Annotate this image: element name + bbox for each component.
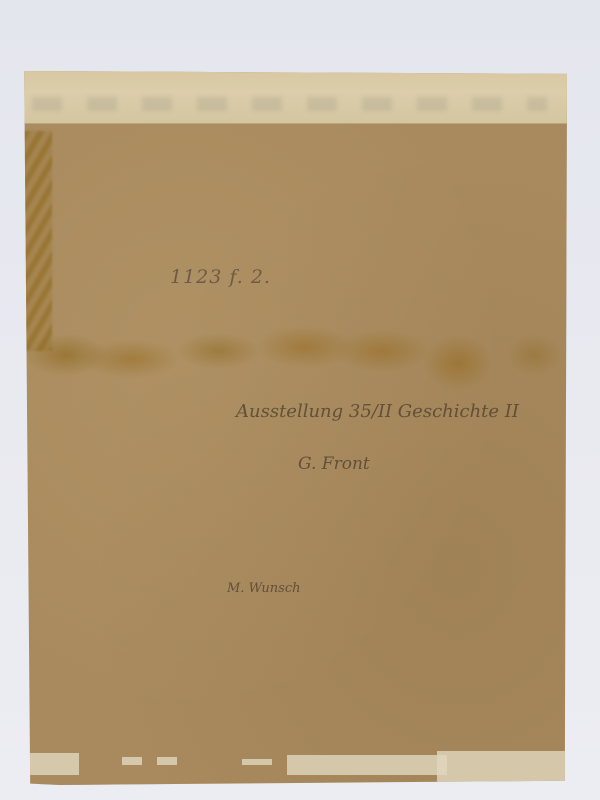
inscription-line-2: G. Front bbox=[298, 454, 370, 474]
inventory-number: 1123 f. 2. bbox=[170, 266, 271, 288]
cardboard-sheet: 1123 f. 2. Ausstellung 35/II Geschichte … bbox=[22, 71, 567, 785]
bottom-tape-remnants bbox=[22, 749, 567, 785]
left-glue-stain bbox=[24, 131, 52, 351]
glue-stain-band bbox=[22, 323, 567, 403]
top-tape-strip bbox=[22, 71, 567, 124]
inscription-line-1: Ausstellung 35/II Geschichte II bbox=[236, 401, 519, 422]
signature: M. Wunsch bbox=[227, 581, 300, 596]
